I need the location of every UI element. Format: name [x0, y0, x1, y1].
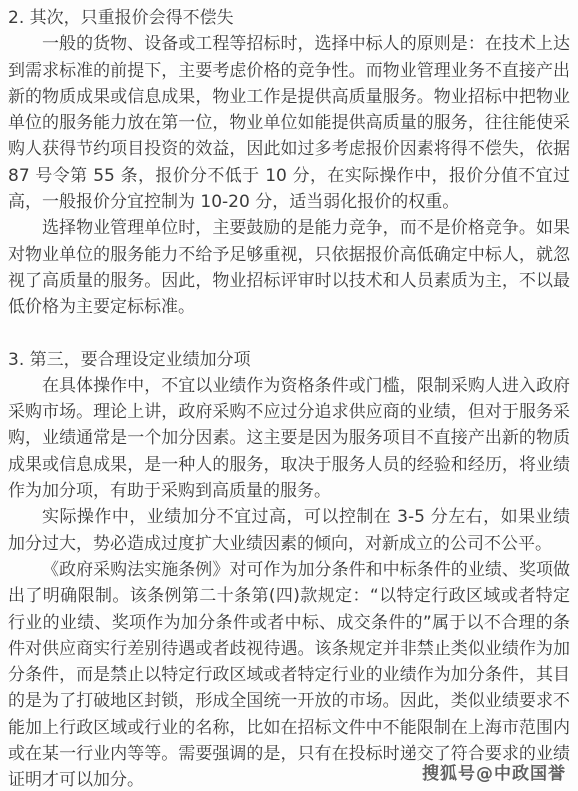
document-page: 2. 其次，只重报价会得不偿失 一般的货物、设备或工程等招标时，选择中标人的原则…	[0, 0, 578, 791]
section-heading: 2. 其次，只重报价会得不偿失	[8, 5, 570, 31]
paragraph: 一般的货物、设备或工程等招标时，选择中标人的原则是：在技术上达到需求标准的前提下…	[8, 31, 570, 215]
section-2-pricing: 2. 其次，只重报价会得不偿失 一般的货物、设备或工程等招标时，选择中标人的原则…	[8, 5, 570, 321]
section-heading: 3. 第三，要合理设定业绩加分项	[8, 347, 570, 373]
paragraph: 《政府采购法实施条例》对可作为加分条件和中标条件的业绩、奖项做出了明确限制。该条…	[8, 557, 570, 791]
paragraph: 在具体操作中，不宜以业绩作为资格条件或门槛，限制采购人进入政府采购市场。理论上讲…	[8, 373, 570, 504]
paragraph: 选择物业管理单位时，主要鼓励的是能力竞争，而不是价格竞争。如果对物业单位的服务能…	[8, 215, 570, 320]
sohu-watermark: 搜狐号@中政国誉	[422, 759, 566, 784]
section-3-performance-bonus: 3. 第三，要合理设定业绩加分项 在具体操作中，不宜以业绩作为资格条件或门槛，限…	[8, 347, 570, 791]
paragraph: 实际操作中，业绩加分不宜过高，可以控制在 3-5 分左右，如果业绩加分过大，势必…	[8, 504, 570, 557]
